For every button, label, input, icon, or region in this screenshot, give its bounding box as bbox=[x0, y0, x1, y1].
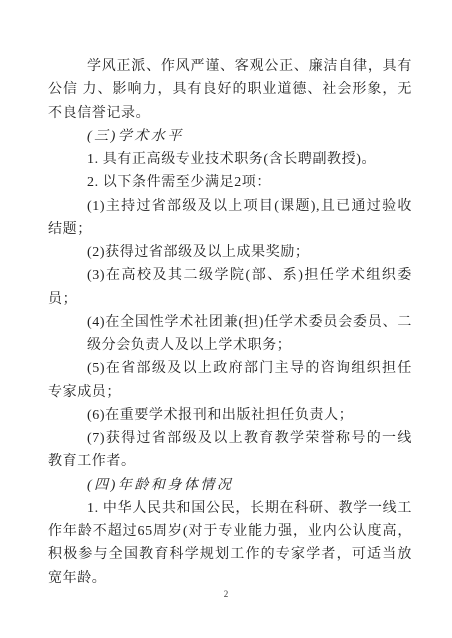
text-line: 公信 力、影响力，具有良好的职业道德、社会形象，无 bbox=[48, 78, 412, 101]
text-line: 不良信誉记录。 bbox=[48, 102, 412, 125]
section-heading: (三)学术水平 bbox=[48, 125, 412, 148]
text-line: (7)获得过省部级及以上教育教学荣誉称号的一线 bbox=[48, 427, 412, 450]
text-line: 2. 以下条件需至少满足2项： bbox=[48, 171, 412, 194]
text-line: (2)获得过省部级及以上成果奖励； bbox=[48, 241, 412, 264]
text-line: (5)在省部级及以上政府部门主导的咨询组织担任 bbox=[48, 357, 412, 380]
text-line: 员； bbox=[48, 288, 412, 311]
text-line: (3)在高校及其二级学院(部、系)担任学术组织委 bbox=[48, 264, 412, 287]
text-line: 积极参与全国教育科学规划工作的专家学者，可适当放 bbox=[48, 543, 412, 566]
text-line: 级分会负责人及以上学术职务； bbox=[48, 334, 412, 357]
page-number: 2 bbox=[0, 588, 452, 600]
text-line: 宽年龄。 bbox=[48, 567, 412, 590]
text-line: 教育工作者。 bbox=[48, 450, 412, 473]
text-line: 1. 中华人民共和国公民，长期在科研、教学一线工 bbox=[48, 497, 412, 520]
document-body: 学风正派、作风严谨、客观公正、廉洁自律，具有公信 力、影响力，具有良好的职业道德… bbox=[48, 55, 412, 590]
document-page: 学风正派、作风严谨、客观公正、廉洁自律，具有公信 力、影响力，具有良好的职业道德… bbox=[0, 0, 452, 638]
text-line: 结题； bbox=[48, 218, 412, 241]
text-line: (6)在重要学术报刊和出版社担任负责人； bbox=[48, 404, 412, 427]
text-line: 专家成员； bbox=[48, 381, 412, 404]
text-line: 作年龄不超过65周岁(对于专业能力强，业内公认度高， bbox=[48, 520, 412, 543]
section-heading: (四)年龄和身体情况 bbox=[48, 474, 412, 497]
text-line: (4)在全国性学术社团兼(担)任学术委员会委员、二 bbox=[48, 311, 412, 334]
text-line: 1. 具有正高级专业技术职务(含长聘副教授)。 bbox=[48, 148, 412, 171]
text-line: (1)主持过省部级及以上项目(课题),且已通过验收 bbox=[48, 195, 412, 218]
text-line: 学风正派、作风严谨、客观公正、廉洁自律，具有 bbox=[48, 55, 412, 78]
